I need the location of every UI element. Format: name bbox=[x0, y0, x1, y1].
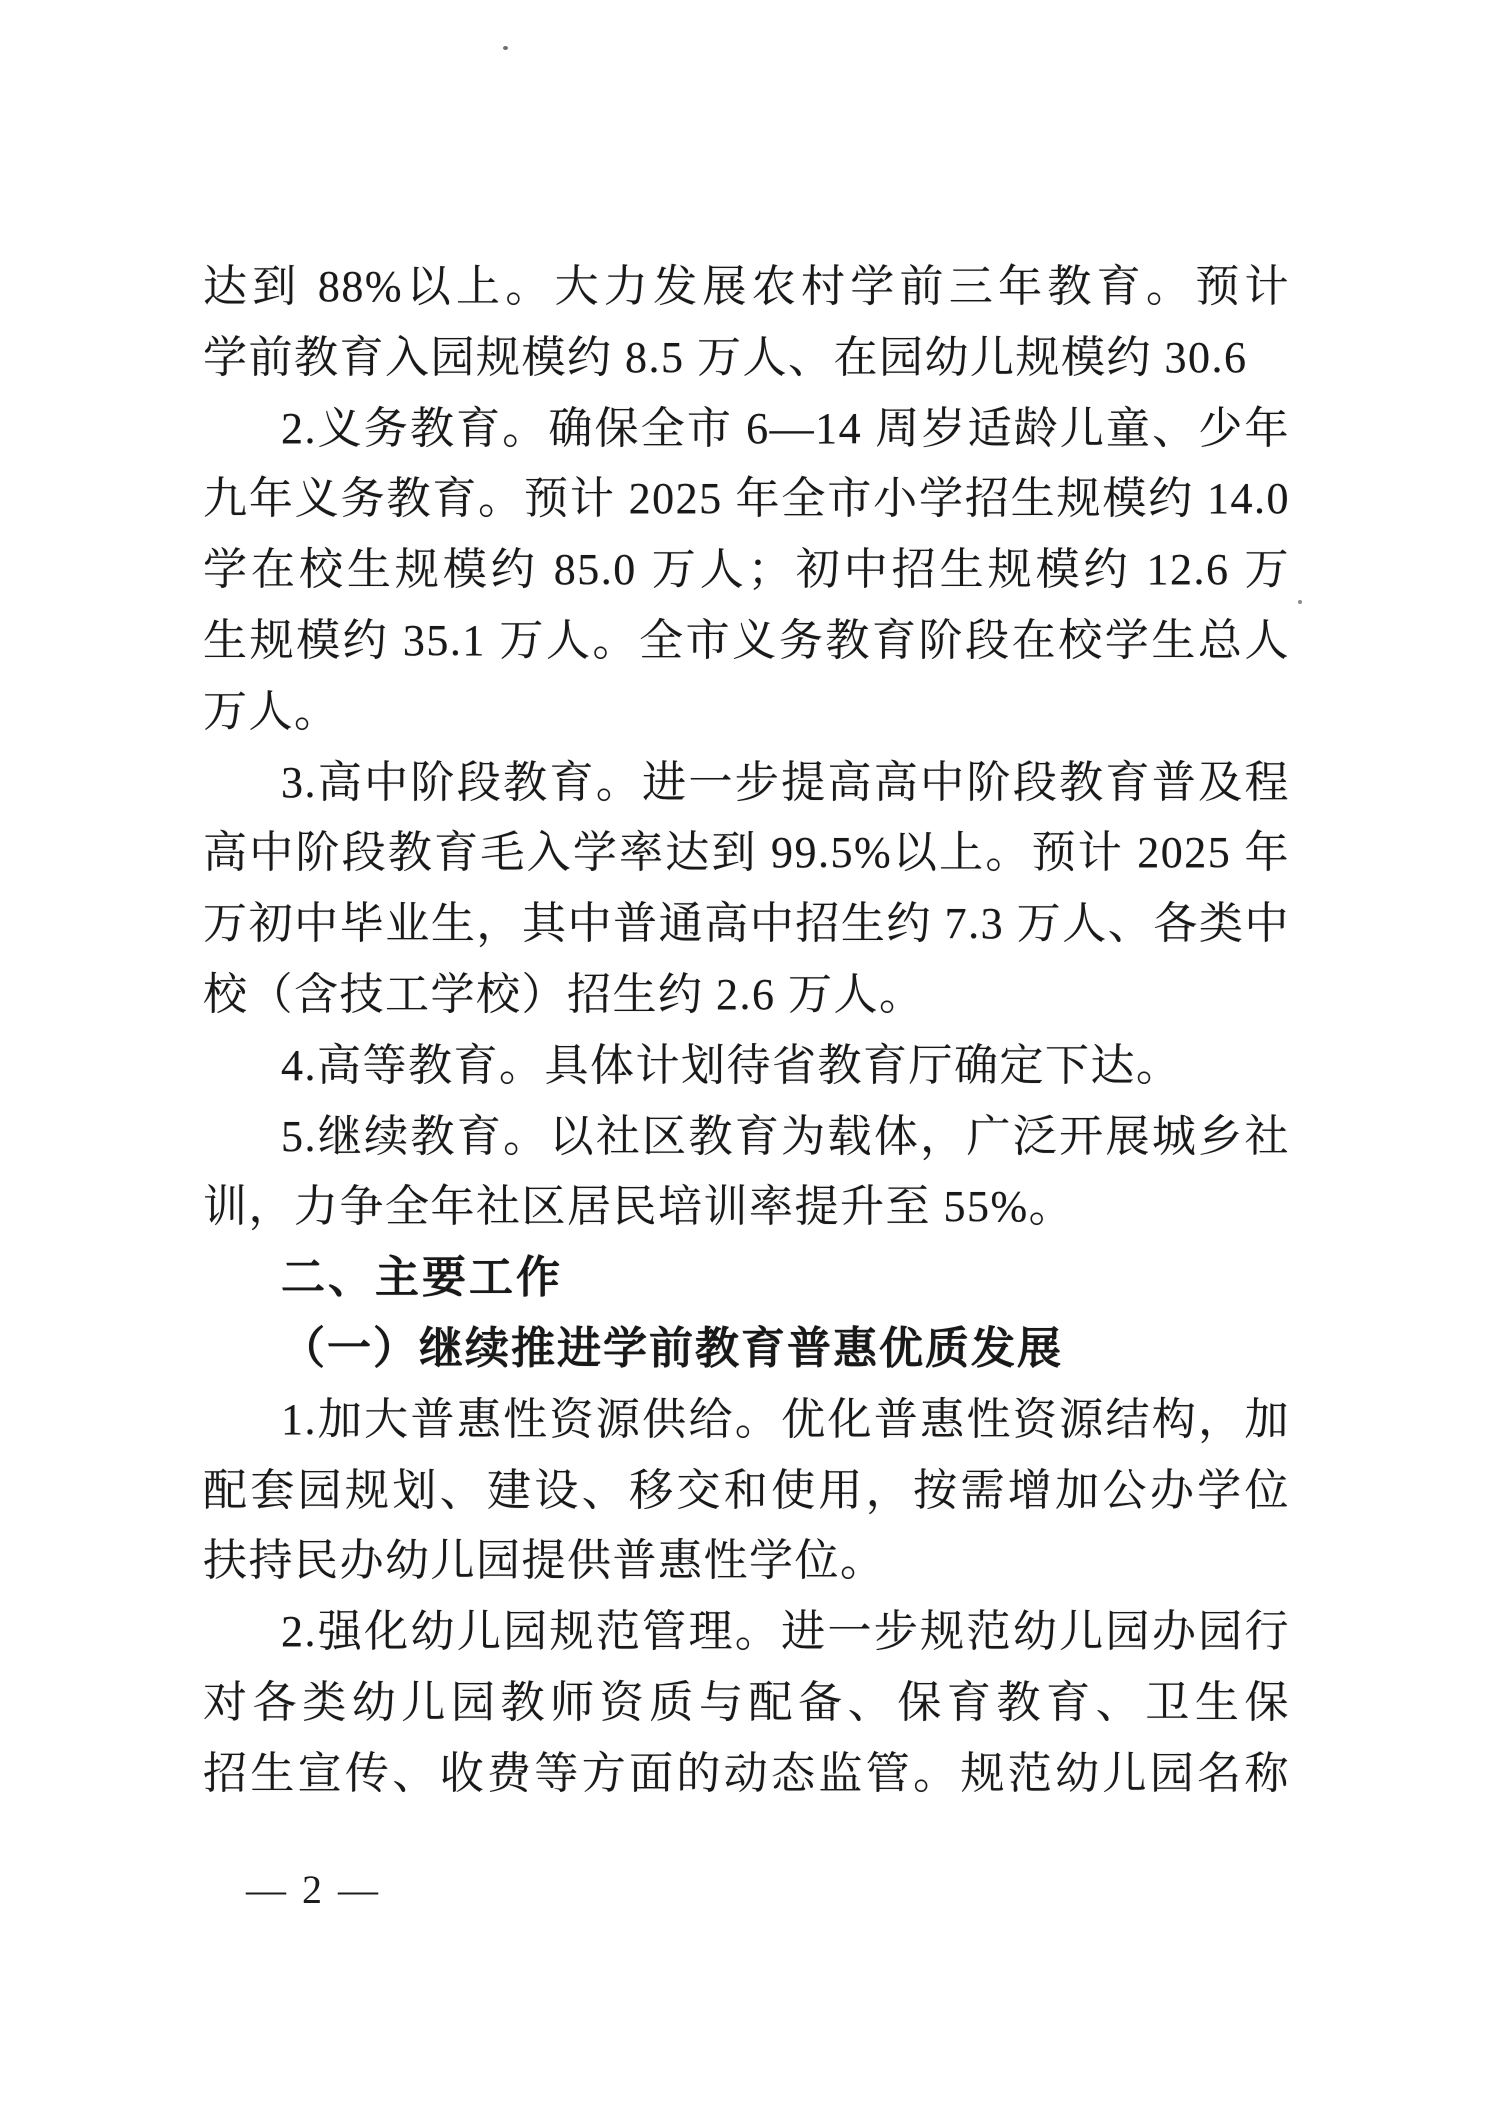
text-line: 训，力争全年社区居民培训率提升至 55%。 bbox=[203, 1172, 1290, 1243]
text-line: 高中阶段教育毛入学率达到 99.5%以上。预计 2025 年全市有 9.9 bbox=[203, 818, 1290, 889]
text-line: （一）继续推进学前教育普惠优质发展 bbox=[203, 1314, 1290, 1385]
text-line: 九年义务教育。预计 2025 年全市小学招生规模约 14.0 万人，小 bbox=[203, 464, 1290, 535]
text-line: 1.加大普惠性资源供给。优化普惠性资源结构，加强住宅区 bbox=[203, 1385, 1290, 1456]
text-line: 万初中毕业生，其中普通高中招生约 7.3 万人、各类中等职业学 bbox=[203, 889, 1290, 960]
text-line: 万人。 bbox=[203, 677, 1290, 748]
text-line: 配套园规划、建设、移交和使用，按需增加公办学位供给。积极 bbox=[203, 1456, 1290, 1527]
document-content: 达到 88%以上。大力发展农村学前三年教育。预计 2025 年全市学前教育入园规… bbox=[203, 252, 1290, 1810]
text-line: 4.高等教育。具体计划待省教育厅确定下达。 bbox=[203, 1031, 1290, 1102]
text-line: 3.高中阶段教育。进一步提高高中阶段教育普及程度，全市 bbox=[203, 748, 1290, 819]
text-line: 扶持民办幼儿园提供普惠性学位。 bbox=[203, 1526, 1290, 1597]
scan-artifact-dot bbox=[503, 46, 508, 50]
text-line: 生规模约 35.1 万人。全市义务教育阶段在校学生总人数约为 120.1 bbox=[203, 606, 1290, 677]
text-line: 2.强化幼儿园规范管理。进一步规范幼儿园办园行为，加强 bbox=[203, 1597, 1290, 1668]
scan-artifact-dot bbox=[1298, 600, 1302, 604]
text-line: 5.继续教育。以社区教育为载体，广泛开展城乡社区居民培 bbox=[203, 1102, 1290, 1173]
text-line: 校（含技工学校）招生约 2.6 万人。 bbox=[203, 960, 1290, 1031]
text-line: 二、主要工作 bbox=[203, 1243, 1290, 1314]
text-line: 2.义务教育。确保全市 6—14 周岁适龄儿童、少年依法接受 bbox=[203, 394, 1290, 465]
text-line: 对各类幼儿园教师资质与配备、保育教育、卫生保健、安全防护、 bbox=[203, 1668, 1290, 1739]
text-line: 招生宣传、收费等方面的动态监管。规范幼儿园名称和课程资源 bbox=[203, 1739, 1290, 1810]
page-number: — 2 — bbox=[246, 1866, 381, 1913]
text-line: 达到 88%以上。大力发展农村学前三年教育。预计 2025 年全市 bbox=[203, 252, 1290, 323]
text-line: 学在校生规模约 85.0 万人；初中招生规模约 12.6 万人，初中在校 bbox=[203, 535, 1290, 606]
document-page: 达到 88%以上。大力发展农村学前三年教育。预计 2025 年全市学前教育入园规… bbox=[0, 0, 1487, 2104]
text-line: 学前教育入园规模约 8.5 万人、在园幼儿规模约 30.6 万人。 bbox=[203, 323, 1290, 394]
